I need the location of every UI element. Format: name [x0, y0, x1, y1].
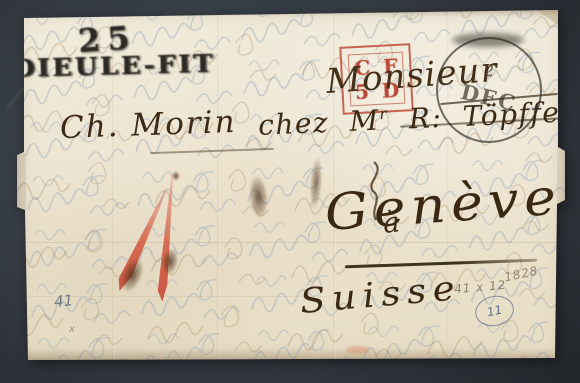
- letter-wrapper: 25 DIEULE-FIT CF 5D 2 DEC Monsieur Ch. M…: [0, 0, 580, 383]
- care-of-prefix: chez M: [257, 104, 380, 142]
- letter-photo: 25 DIEULE-FIT CF 5D 2 DEC Monsieur Ch. M…: [0, 0, 580, 383]
- ink-smudge: [172, 171, 180, 181]
- datestamp-ink-smudge: [452, 33, 524, 47]
- pencil-tick-mark: x: [69, 324, 75, 335]
- folded-letter: 25 DIEULE-FIT CF 5D 2 DEC Monsieur Ch. M…: [17, 10, 565, 360]
- vertical-fold-crease: [217, 10, 220, 360]
- circled-number-text: 11: [486, 303, 504, 320]
- pencil-number-left: 41: [53, 291, 74, 311]
- left-flap-shading: [17, 153, 26, 210]
- top-edge-shading: [17, 10, 565, 17]
- horizontal-fold-crease: [17, 242, 565, 244]
- bottom-edge-shading: [17, 348, 565, 360]
- origin-handstamp-dieulefit: DIEULE-FIT: [12, 49, 216, 83]
- red-smudge: [346, 346, 370, 354]
- address-recipient-name: Ch. Morin: [59, 104, 237, 146]
